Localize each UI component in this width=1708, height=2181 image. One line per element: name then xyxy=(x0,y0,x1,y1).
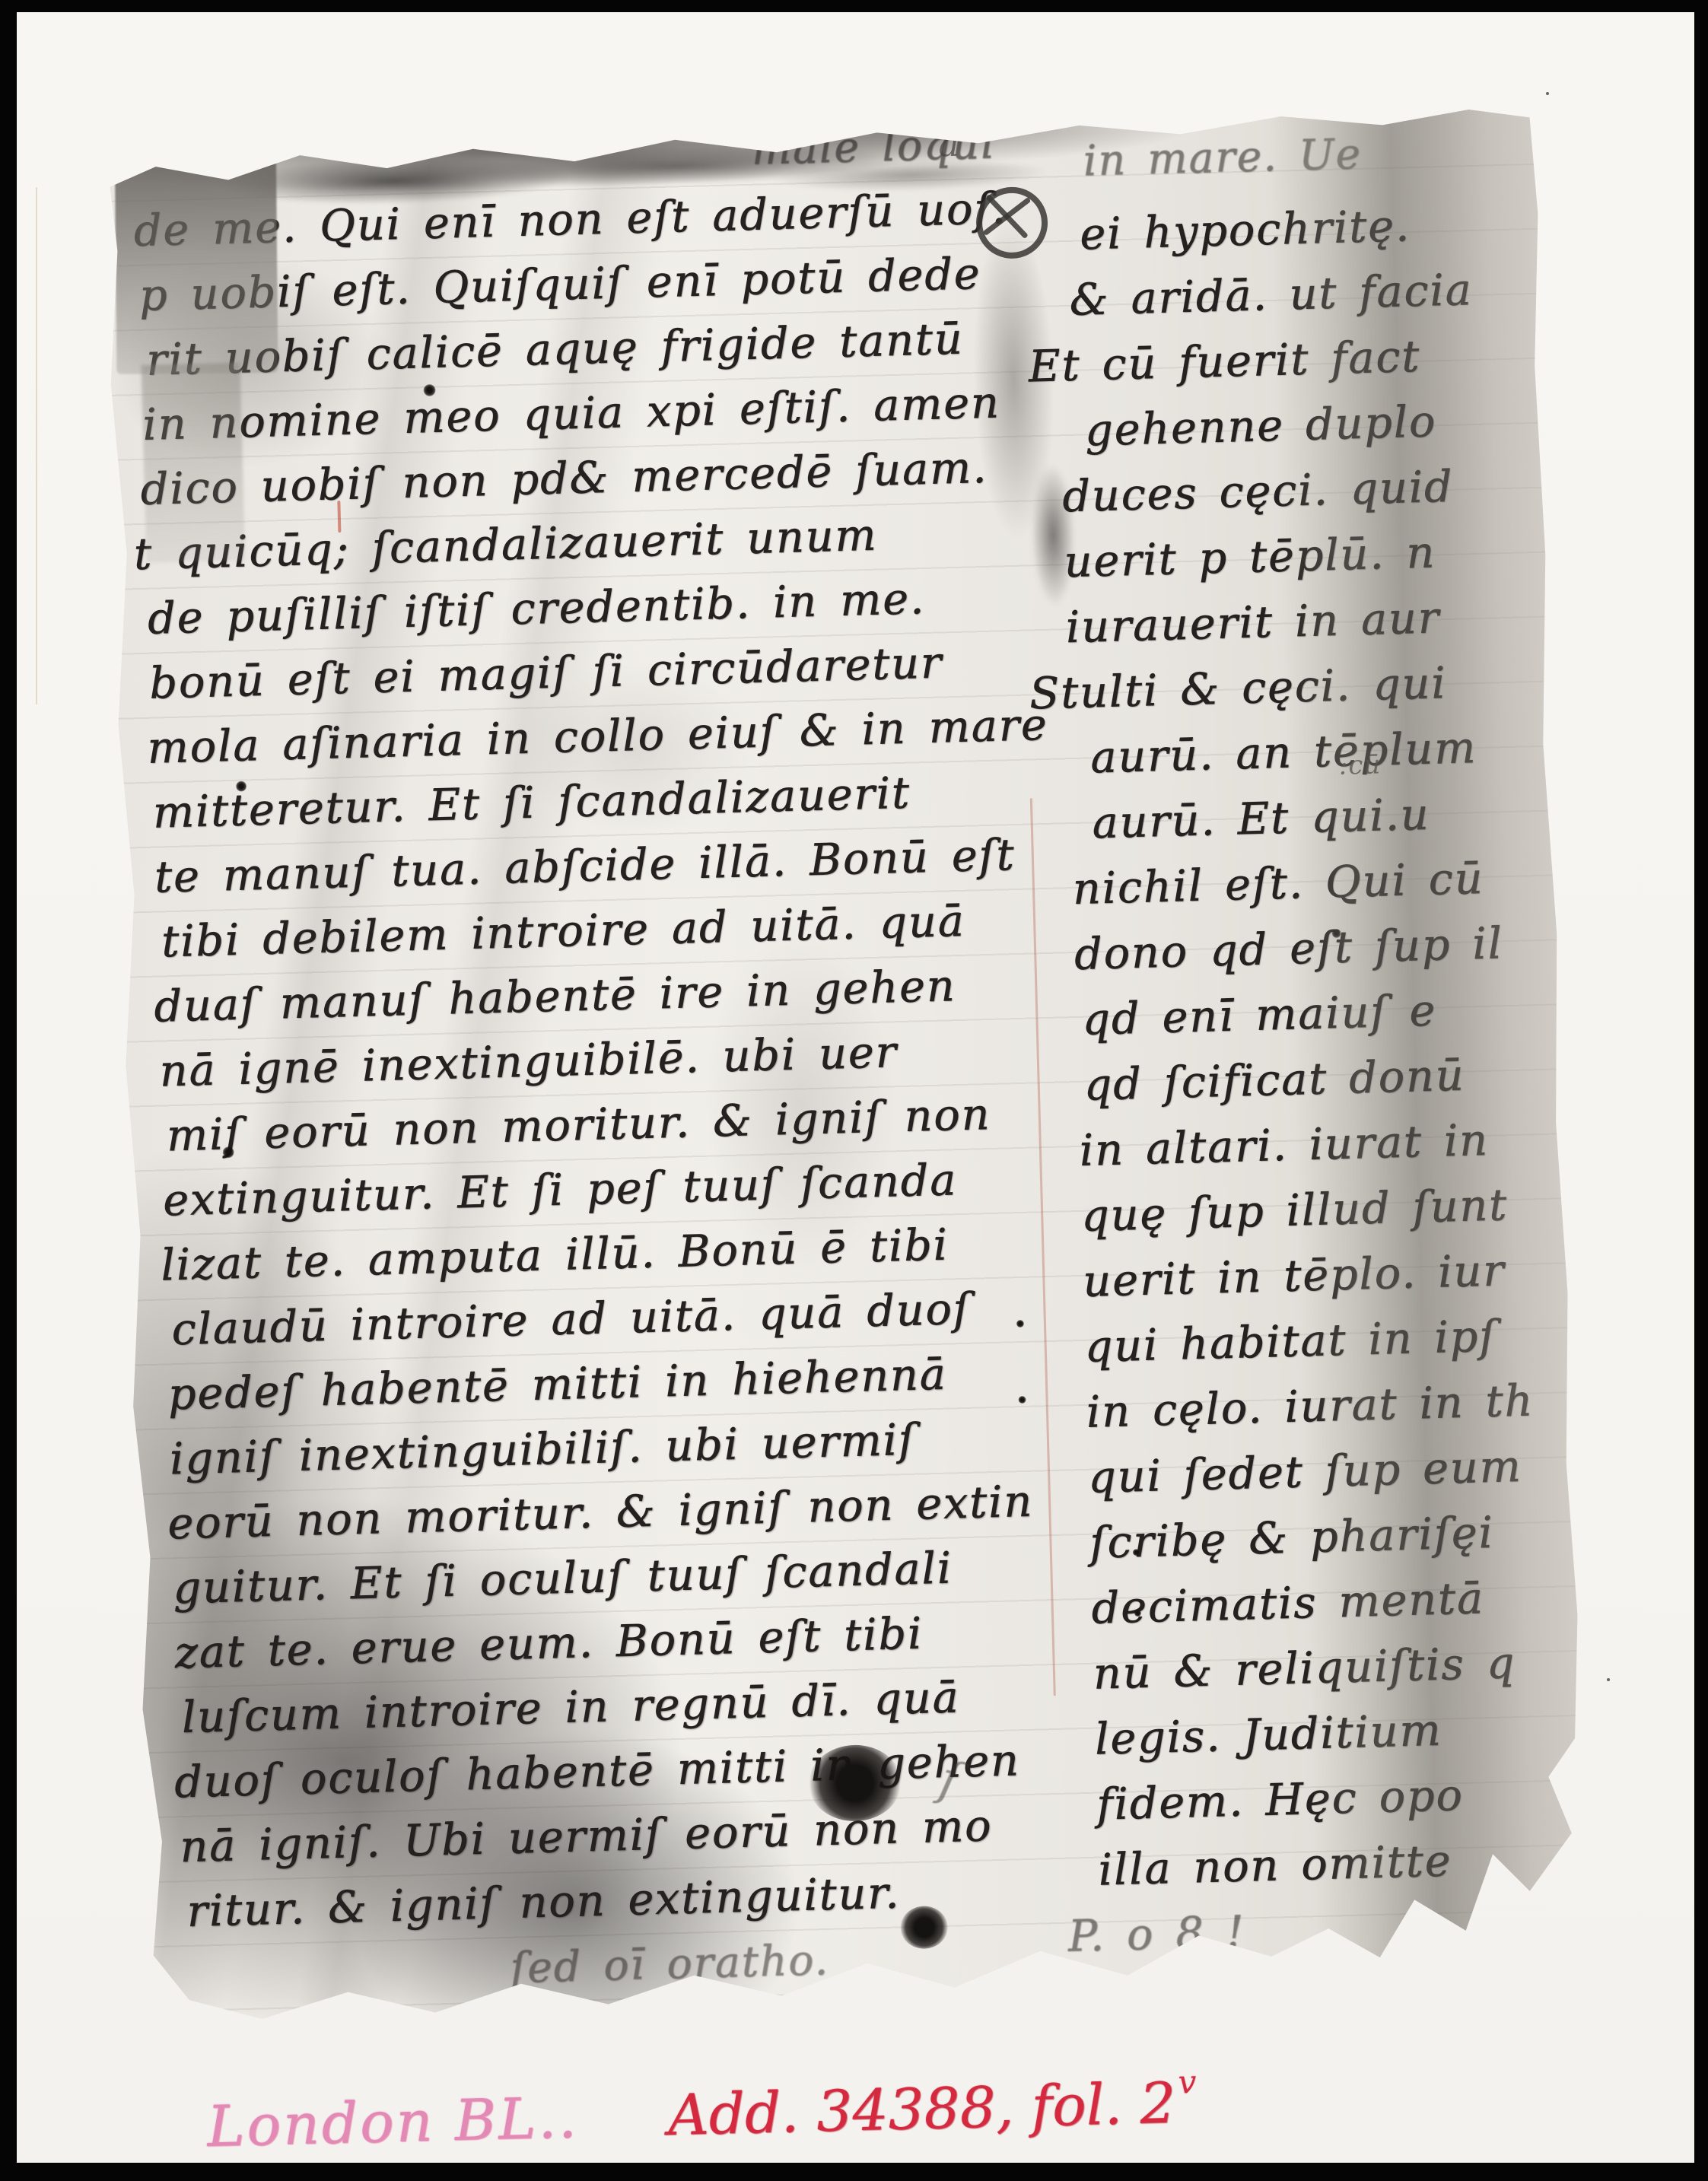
left-text-column: male loqui de me. Qui enī non eſt aduerſ… xyxy=(135,118,1078,2009)
caption-folio-superscript: v xyxy=(1178,2063,1197,2101)
fold-shadow-band xyxy=(1267,100,1590,2001)
shelfmark-caption: London BL..Add. 34388, fol. 2v xyxy=(206,2063,1198,2160)
caption-location-text: London BL.. xyxy=(206,2085,579,2160)
dust-speck xyxy=(1546,92,1549,95)
parchment-fragment: male loqui de me. Qui enī non eſt aduerſ… xyxy=(97,100,1591,2032)
manuscript-line-faint: ſed oī oratho. xyxy=(510,1921,1078,2000)
manuscript-photo-page: { "caption": { "location": "London BL.."… xyxy=(0,0,1708,2181)
tape-residue-stub xyxy=(142,362,246,562)
left-column-lines: de me. Qui enī non eſt aduerſū uoſ.p uob… xyxy=(137,176,1077,1944)
photograph-paper: male loqui de me. Qui enī non eſt aduerſ… xyxy=(17,12,1694,2163)
dust-speck xyxy=(1607,1678,1610,1681)
tape-residue-patch xyxy=(115,156,278,374)
manuscript-line-faint: ſeſ… xyxy=(1089,1955,1600,2034)
gutter-ink-smear xyxy=(1018,431,1088,638)
paper-crease-line xyxy=(36,187,37,704)
caption-shelfmark-text: Add. 34388, fol. 2 xyxy=(667,2071,1176,2148)
